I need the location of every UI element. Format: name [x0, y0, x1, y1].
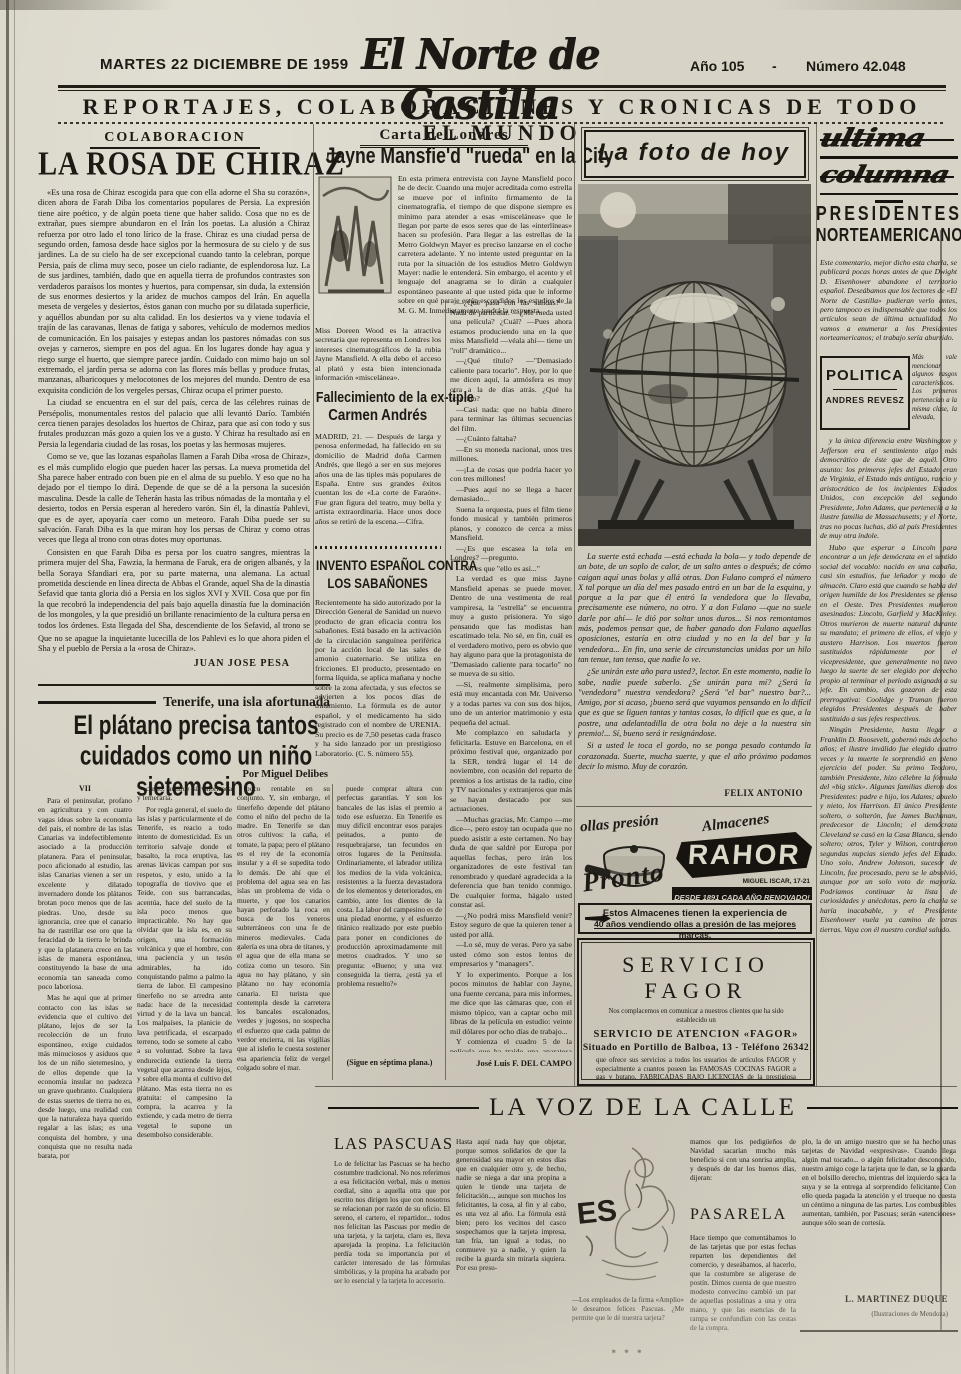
rahor-ollas-script: ollas presión: [579, 813, 659, 837]
ultima-logo-strike-1: [820, 139, 954, 141]
carta-kicker-label: Carta de Londres: [379, 127, 508, 143]
foto-caption: La suerte está echada —está echada la bo…: [578, 552, 811, 786]
carta-sketch-illustration: [318, 176, 392, 294]
foto-signature: FELIX ANTONIO: [578, 788, 803, 798]
voz-col-4-top: mamos que los pedigüeños de Navidad saca…: [690, 1138, 796, 1194]
rahor-top-rule: [576, 806, 812, 807]
dotted-divider: [315, 546, 441, 549]
column-rule-2: [445, 300, 446, 1080]
carta-signature: José Luis F. DEL CAMPO: [450, 1058, 572, 1068]
rosa-headline-text: LA ROSA DE CHIRAZ: [38, 145, 345, 183]
issue-dash: -: [772, 58, 777, 74]
rosa-signature: JUAN JOSE PESA: [38, 658, 290, 669]
masthead: El Norte de Castilla: [295, 34, 665, 88]
voz-bottom-rule: [800, 1330, 958, 1332]
politica-box-rule: [833, 389, 897, 390]
platano-part-label: VII: [38, 784, 132, 793]
rahor-experience-box: Estos Almacenes tienen la experiencia de…: [578, 903, 812, 934]
christmas-cartoon: ES: [572, 1140, 684, 1292]
platano-col-4: puede comprar altura con perfectas garan…: [337, 784, 442, 1052]
section-rule-squiggle: [58, 122, 946, 124]
rosa-closing: Que no se apague la inquietante lucecill…: [38, 634, 310, 656]
carta-qa-column: —¿Qué pasa con las salidas? —Nada de par…: [450, 298, 572, 1052]
presidentes-headline-2: NORTEAMERICANOS: [816, 226, 961, 246]
presidentes-headline-1: PRESIDENTES: [816, 204, 961, 227]
politica-title: POLITICA: [822, 367, 908, 384]
masthead-rule-thick: [58, 85, 946, 88]
ultima-intro: Este comentario, mejor dicho esta charla…: [820, 258, 957, 352]
rahor-brand: RAHOR: [687, 839, 802, 871]
rahor-exp-line-1: Estos Almacenes tienen la experiencia de: [580, 907, 810, 919]
rahor-almacenes-script: Almacenes: [701, 811, 770, 836]
foto-de-hoy-title: La foto de hoy: [586, 132, 804, 174]
ultima-logo-word-2: columna: [820, 159, 958, 195]
ultima-columna-logo: ultima columna: [820, 124, 958, 203]
fallecimiento-headline-2: Carmen Andrés: [329, 407, 428, 425]
fagor-intro: Nos complacemos en comunicar a nuestros …: [601, 1008, 791, 1025]
voz-credit: (Ilustraciones de Mendoza): [802, 1310, 948, 1318]
rahor-logo-shape: RAHOR: [676, 832, 812, 878]
voz-headline: LA VOZ DE LA CALLE: [489, 1094, 797, 1122]
fallecimiento-headline: Fallecimiento de la ex-tiple Carmen Andr…: [309, 388, 447, 424]
column-rule-3: [574, 124, 575, 1086]
voz-col-5: plo, la de un amigo nuestro que se ha he…: [802, 1138, 956, 1290]
pascuas-title: LAS PASCUAS: [334, 1134, 454, 1154]
lottery-drum-photo-icon: [578, 184, 811, 546]
platano-kicker-row: Tenerife, una isla afortunada: [38, 694, 330, 710]
carta-headline-text: Jayne Mansfie'd "rueda" en la City: [326, 145, 614, 170]
politica-box: POLITICA ANDRES REVESZ: [820, 356, 910, 430]
platano-kicker: Tenerife, una isla afortunada: [163, 694, 330, 710]
kicker-rule: [38, 701, 156, 704]
presidentes-headline: PRESIDENTES NORTEAMERICANOS: [816, 206, 958, 245]
rahor-ad: ollas presión Almacenes RAHOR Pronto MIG…: [576, 810, 812, 932]
voz-col-1: Lo de felicitar las Pascuas se ha hecho …: [334, 1160, 450, 1366]
politica-author: ANDRES REVESZ: [822, 395, 908, 405]
fagor-ad: SERVICIO FAGOR Nos complacemos en comuni…: [577, 938, 815, 1086]
rosa-kicker-label: COLABORACION: [104, 130, 245, 145]
rahor-banner: DESDE 1891 CADA AÑO RENOVADO!: [672, 887, 812, 900]
photo-lottery-drum: [578, 184, 811, 546]
pasarela-title: PASARELA: [690, 1206, 796, 1224]
platano-col-3: poco rentable en su conjunto. Y, sin emb…: [237, 784, 330, 1366]
voz-headline-row: LA VOZ DE LA CALLE: [328, 1094, 958, 1122]
fagor-body: que ofrece sus servicios a todos los usu…: [582, 1053, 810, 1080]
rosa-bottom-rule: [38, 684, 330, 686]
ultima-logo-word-1: ultima: [820, 124, 958, 159]
rosa-body: «Es una rosa de Chiraz escogida para que…: [38, 188, 310, 632]
rahor-address: MIGUEL ISCAR, 17-21: [698, 878, 810, 885]
svg-text:ES: ES: [575, 1194, 618, 1231]
voz-signature: L. MARTINEZ DUQUE: [802, 1294, 948, 1304]
ultima-body: y la única diferencia entre Washington y…: [820, 436, 957, 1084]
masthead-rule-thin: [58, 90, 946, 91]
foto-de-hoy-box: La foto de hoy: [584, 130, 806, 178]
cartoon-stars: * * *: [572, 1348, 684, 1358]
ultima-logo-strike-2: [820, 176, 954, 178]
newspaper-page: MARTES 22 DICIEMBRE DE 1959 El Norte de …: [0, 0, 961, 1374]
invento-body: Recientemente ha sido autorizado por la …: [315, 598, 441, 778]
issue-number: Número 42.048: [806, 58, 906, 74]
voz-rule-right: [807, 1107, 958, 1109]
scan-edge-left: [6, 0, 9, 1374]
voz-top-rule: [315, 1086, 957, 1087]
carta-left-continuation: Miss Doreen Wood es la atractiva secreta…: [315, 326, 441, 384]
platano-continuation: (Sigue en séptima plana.): [337, 1058, 442, 1067]
invento-headline-2: LOS SABAÑONES: [328, 576, 428, 591]
cartoon-icon: ES: [572, 1140, 684, 1292]
scan-edge-left-2: [14, 0, 15, 1374]
scan-smudge-top: [0, 0, 961, 10]
cartoon-caption: —Los empleados de la firma «Amplio» le d…: [572, 1296, 684, 1342]
issue-year: Año 105: [690, 58, 744, 74]
platano-col-1: Para el peninsular, profano en agricultu…: [38, 796, 132, 1366]
voz-col-2: Hasta aquí nada hay que objetar, porque …: [456, 1138, 566, 1366]
fagor-service-line: SERVICIO DE ATENCION «FAGOR»: [582, 1029, 810, 1040]
rosa-headline: LA ROSA DE CHIRAZ: [30, 146, 318, 180]
fagor-address-line: Situado en Portillo de Balboa, 13 - Telé…: [582, 1043, 810, 1053]
rahor-banner-text: DESDE 1891 CADA AÑO RENOVADO!: [674, 893, 810, 902]
pasarela-body: Hace tiempo que comentábamos lo de las t…: [690, 1234, 796, 1372]
column-rule-platano: [332, 784, 333, 1080]
ultima-logo-dash: [875, 200, 903, 203]
sketch-icon: [318, 176, 392, 294]
column-rule-4: [816, 124, 817, 1086]
fagor-title: SERVICIO FAGOR: [582, 952, 810, 1004]
platano-byline: Por Miguel Delibes: [150, 769, 328, 780]
ultima-side-text: Más vale mencionar algunos rasgos caract…: [912, 354, 957, 430]
voz-rule-left: [328, 1107, 479, 1109]
platano-col-2: cierto, aunque sí valorizada y temeraria…: [137, 784, 232, 1366]
fallecimiento-body: MADRID, 21. — Después de larga y penosa …: [315, 432, 441, 540]
invento-headline: INVENTO ESPAÑOL CONTRA LOS SABAÑONES: [309, 556, 447, 592]
ultima-logo-text-2: columna: [817, 161, 952, 188]
carta-headline: Jayne Mansfie'd "rueda" en la City: [306, 145, 580, 168]
fagor-inner-frame: SERVICIO FAGOR Nos complacemos en comuni…: [581, 942, 811, 1080]
